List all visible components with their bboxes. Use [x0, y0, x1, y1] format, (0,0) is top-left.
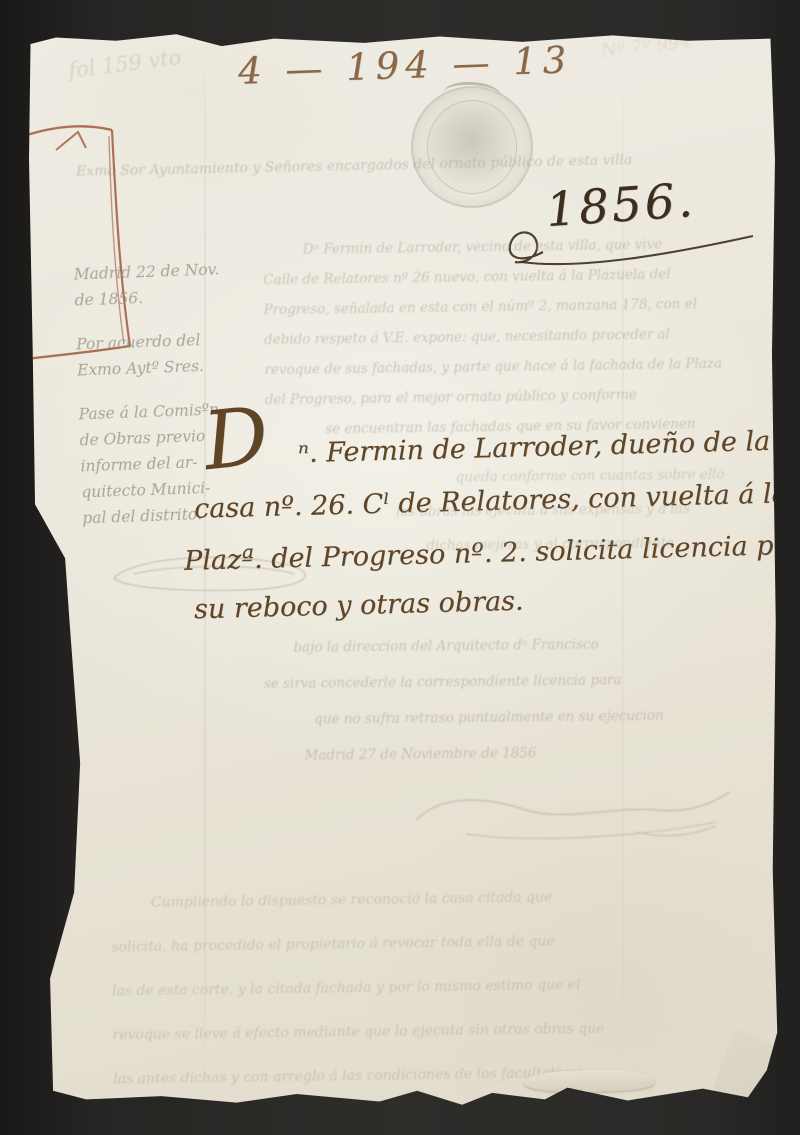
seal-inner-ring	[427, 100, 517, 194]
bleedthrough-middle-upper: queda conforme con cuantas sobre ello la…	[275, 458, 725, 565]
embossed-seal	[411, 86, 533, 208]
bleedthrough-line: queda conforme con cuantas sobre ello	[275, 458, 724, 497]
manuscript-page: fol 159 vto 4 — 194 — 13 Nº 7º 994 Exmo …	[26, 30, 778, 1108]
bleedthrough-line: Madrid 27 de Noviembre de 1856	[264, 734, 664, 774]
file-number-heading: 4 — 194 — 13	[237, 38, 573, 93]
bleedthrough-line: las de esta corte, y la citada fachada y…	[112, 963, 604, 1014]
bleedthrough-line: las obras las ejecuta á sus expensas y á…	[276, 492, 725, 531]
petition-initial: D	[199, 389, 273, 488]
bleedthrough-line: revoque de sus fachadas, y parte que hac…	[264, 349, 722, 385]
corner-note-right: Nº 7º 994	[600, 31, 692, 61]
bleedthrough-line: bajo la direccion del Arquitecto dⁿ Fran…	[263, 626, 663, 666]
paper-fold-corner	[710, 1025, 785, 1112]
bleedthrough-line: se sirva concederle la correspondiente l…	[264, 662, 664, 702]
signature-flourish	[386, 770, 746, 850]
bleedthrough-line: solicita, ha procedido el propietario á …	[111, 919, 603, 970]
margin-note-line: Exmo Aytº Sres.	[77, 351, 278, 384]
bleedthrough-line: revoque se lleve á efecto mediante que l…	[112, 1007, 604, 1058]
margin-note-line: de 1856.	[74, 281, 275, 314]
bleedthrough-line: que no sufra retraso puntualmente en su …	[264, 698, 664, 738]
photograph-background: { "page": { "corner_note_left": "fol 159…	[0, 0, 800, 1135]
bleedthrough-middle: bajo la direccion del Arquitecto dⁿ Fran…	[263, 626, 664, 774]
bleedthrough-lower: Cumpliendo lo dispuesto se reconoció la …	[110, 875, 605, 1102]
bleedthrough-line: Cumpliendo lo dispuesto se reconoció la …	[110, 875, 602, 926]
bleedthrough-upper: Dⁿ Fermin de Larroder, vecino de esta vi…	[263, 229, 724, 445]
bleedthrough-line: dichas mejoras y al correspondiente	[276, 526, 725, 565]
folio-note: fol 159 vto	[67, 45, 183, 83]
